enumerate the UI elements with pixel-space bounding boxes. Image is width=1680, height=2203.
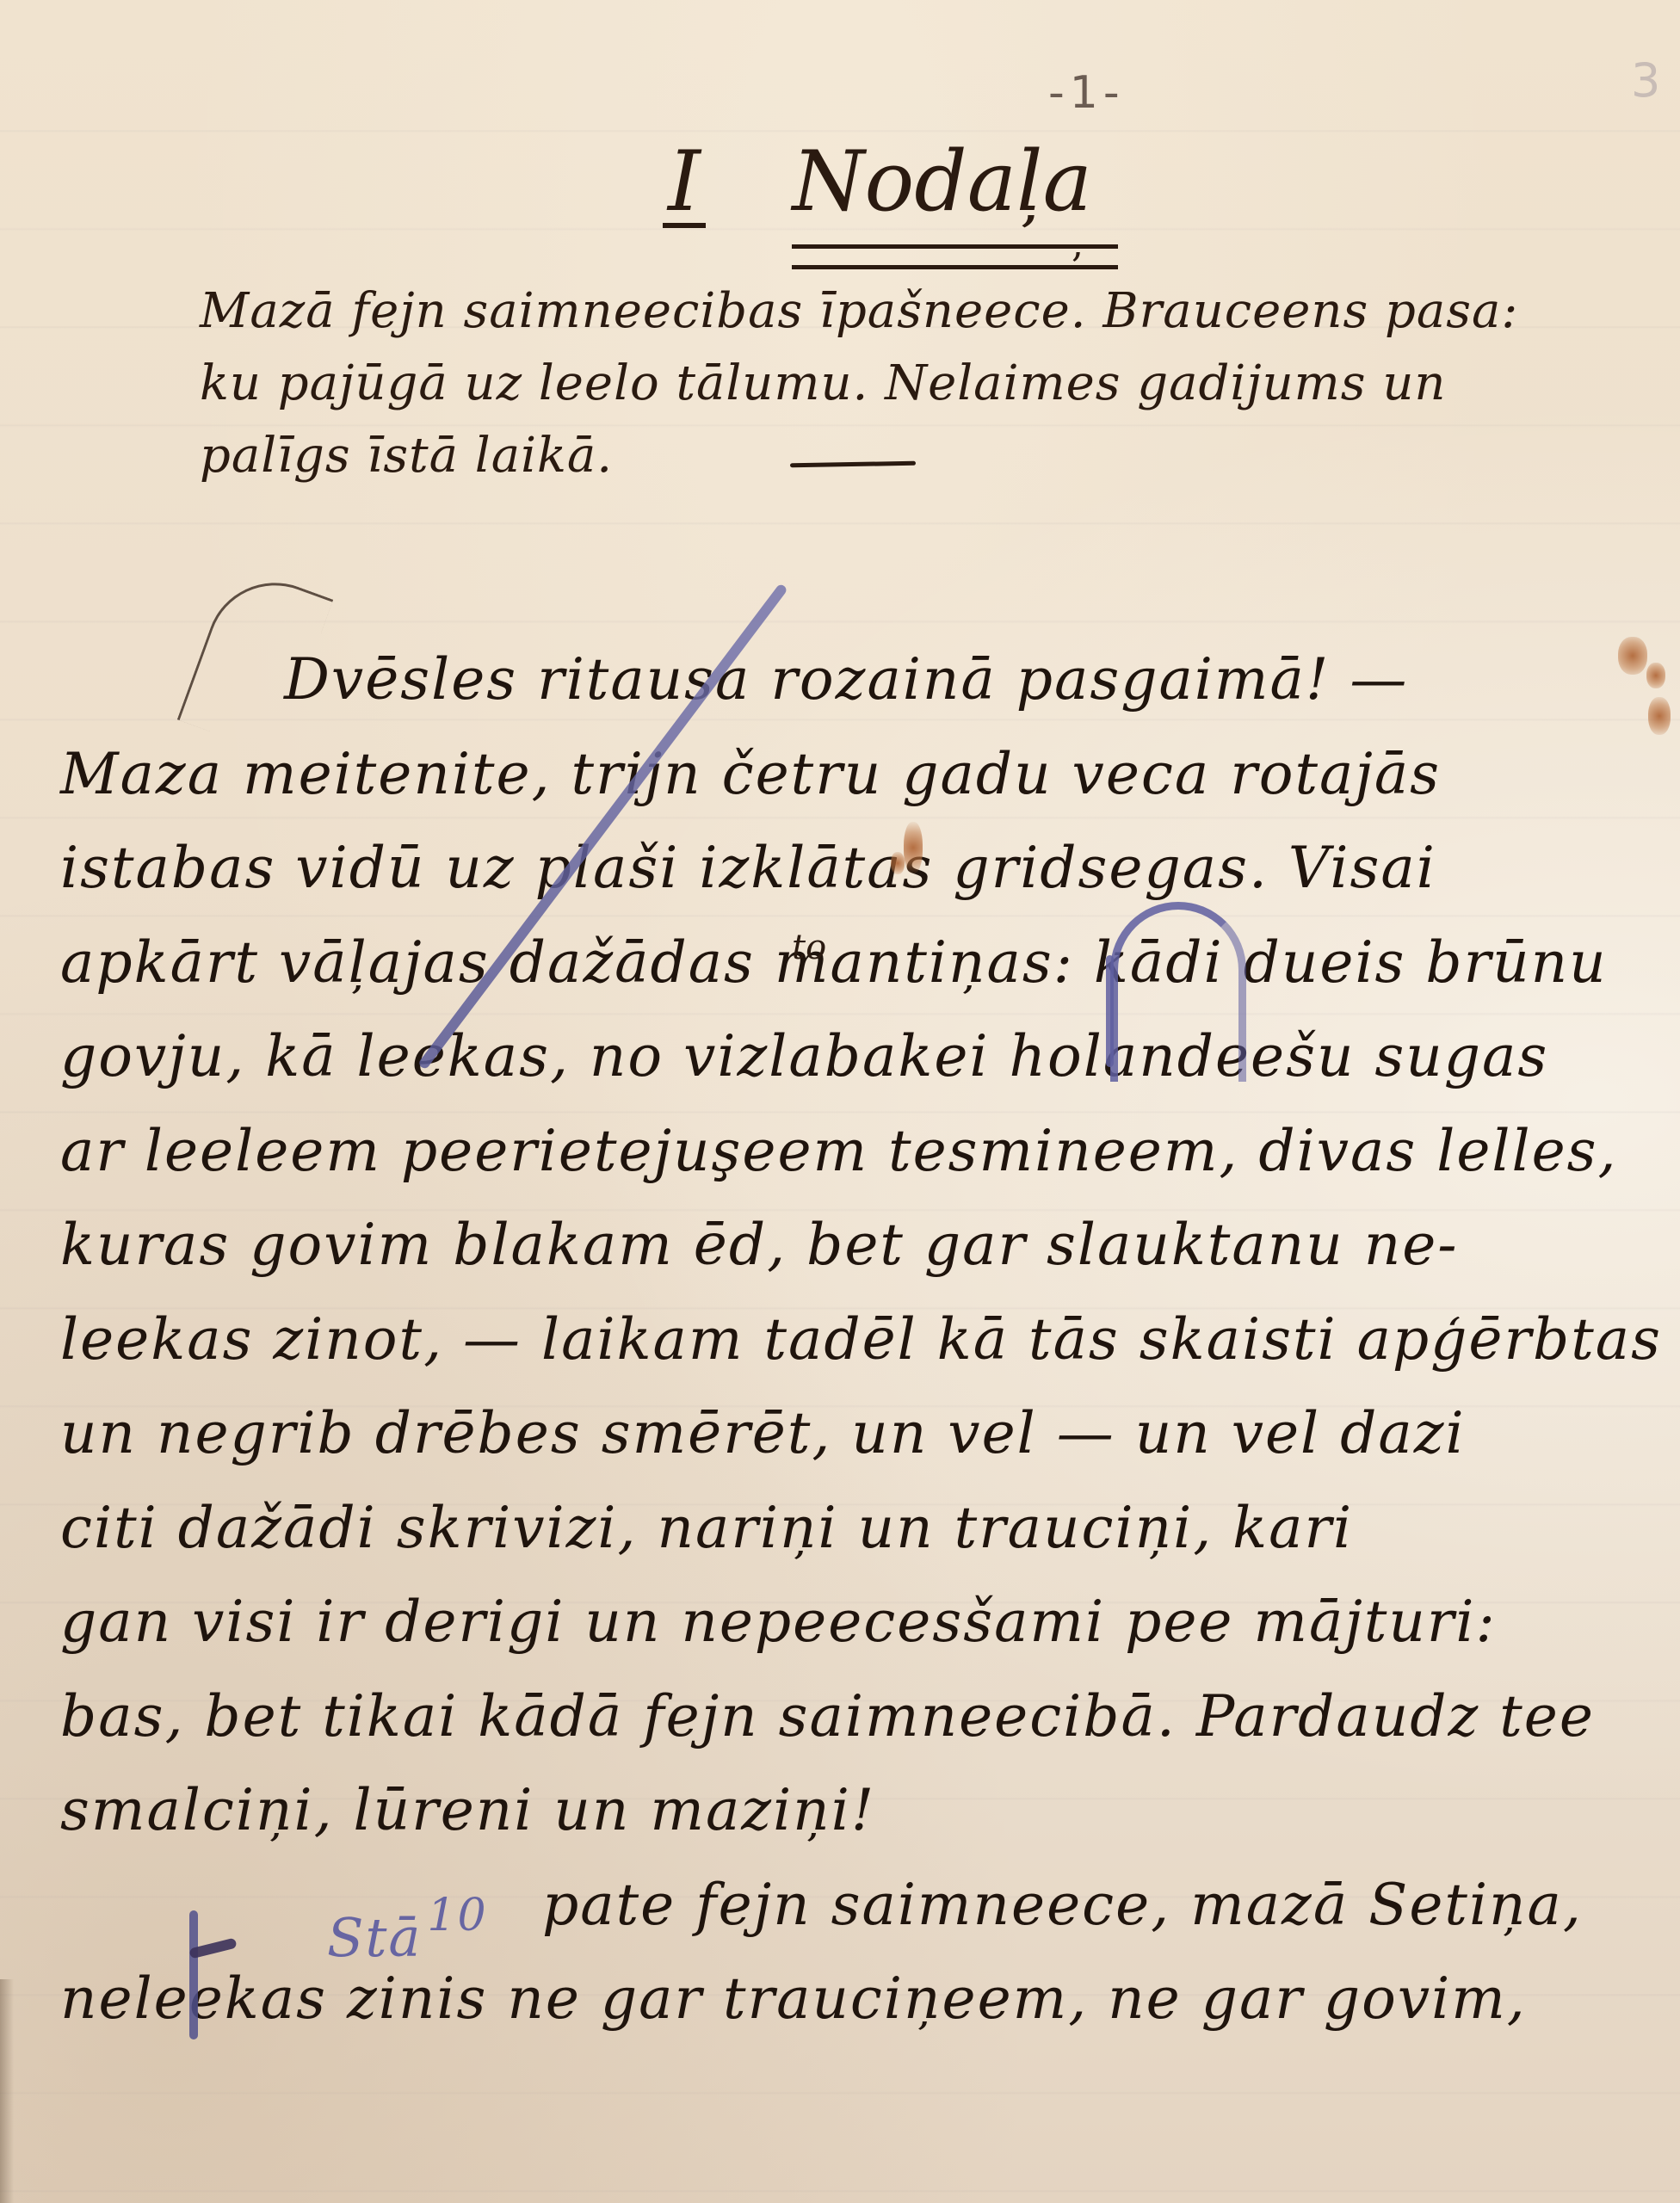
summary-line: Mazā fejn saimneecibas īpašneece. Brauce… [200,275,1611,348]
body-line: leekas zinot, — laikam tadēl kā tās skai… [60,1293,1627,1387]
manuscript-body: Dvēsles ritausa rozainā pasgaimā! — Maza… [60,633,1627,2046]
manuscript-page: { "page": { "page_number": "-1-", "archi… [0,0,1680,2203]
rust-stain [1618,637,1647,675]
body-line: bas, bet tikai kādā fejn saimneecibā. Pa… [60,1669,1627,1764]
inserted-correction: to [792,928,826,967]
body-line: neleekas zinis ne gar trauciņeem, ne gar… [60,1952,1627,2046]
summary-line: palīgs īstā laikā. [200,420,1611,492]
body-line: apkārt vāļajas dažādas mantiņas: kādi du… [60,916,1627,1010]
blue-pencil-arc-tail [1106,955,1114,1067]
chapter-heading: I Nodaļa [663,133,1092,230]
archive-page-number: 3 [1631,53,1660,108]
summary-line: ku pajūgā uz leelo tālumu. Nelaimes gadi… [200,348,1611,420]
body-line: gan visi ir derigi un nepeecesšami pee m… [60,1575,1627,1669]
page-number: -1- [1048,67,1125,119]
rust-stain [904,822,923,873]
rust-stain [1648,697,1671,735]
body-line: pate fejn saimneece, mazā Setiņa, [60,1858,1627,1953]
body-line: ar leeleem peerietejuşeem tesmineem, div… [60,1104,1627,1199]
correction-superscript: 10 [427,1890,487,1941]
title-punctuation: , [1072,222,1084,266]
chapter-title-word: Nodaļa [792,140,1091,223]
body-line: citi dažādi skrivizi, nariņi un trauciņi… [60,1481,1627,1576]
body-line: kuras govim blakam ēd, bet gar slauktanu… [60,1198,1627,1293]
rust-stain [1646,663,1665,688]
body-line: Maza meitenite, trijn četru gadu veca ro… [60,727,1627,822]
body-line: istabas vidū uz plaši izklātas gridsegas… [60,821,1627,916]
rust-stain [891,852,905,874]
blue-paragraph-bracket [189,1910,198,2039]
blue-correction-word: Stā10 [327,1906,488,1969]
correction-word: Stā [327,1906,422,1969]
body-line: un negrib drēbes smērēt, un vel — un vel… [60,1386,1627,1481]
blue-pencil-arc-mark [1110,902,1246,1082]
chapter-summary: Mazā fejn saimneecibas īpašneece. Brauce… [200,275,1611,492]
body-line: Dvēsles ritausa rozainā pasgaimā! — [60,633,1627,727]
page-edge-shadow [0,1979,14,2203]
chapter-number: I [663,140,706,228]
body-line: smalciņi, lūreni un maziņi! [60,1763,1627,1858]
body-line: govju, kā leekas, no vizlabakei holandee… [60,1009,1627,1104]
